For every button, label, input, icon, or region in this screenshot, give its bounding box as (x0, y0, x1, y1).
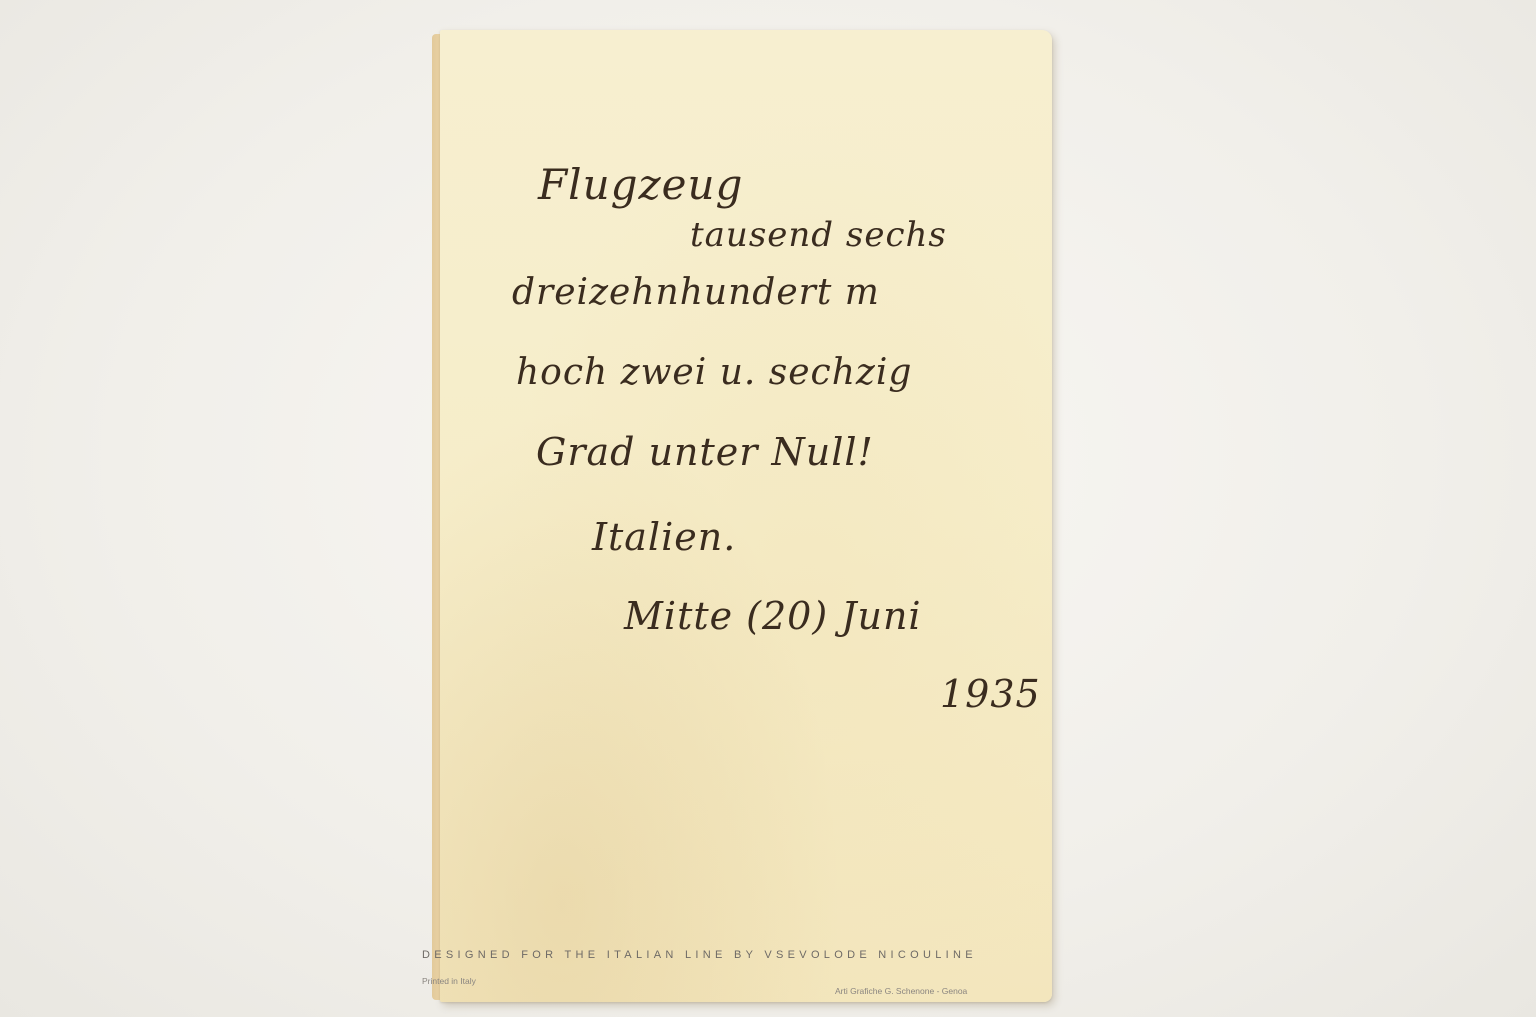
designer-credit: DESIGNED FOR THE ITALIAN LINE BY VSEVOLO… (422, 949, 1032, 961)
handwritten-line-7: Mitte (20) Juni (624, 594, 922, 638)
handwritten-line-3: dreizehnhundert m (512, 272, 880, 313)
printer-credit: Arti Grafiche G. Schenone - Genoa (835, 986, 967, 996)
handwritten-line-1: Flugzeug (538, 160, 743, 209)
printed-in-label: Printed in Italy (422, 976, 476, 986)
handwritten-line-4: hoch zwei u. sechzig (516, 352, 912, 393)
handwritten-line-8: 1935 (940, 672, 1041, 716)
handwritten-line-6: Italien. (592, 515, 736, 559)
handwritten-line-5: Grad unter Null! (536, 430, 874, 474)
handwritten-line-2: tausend sechs (690, 215, 947, 255)
document-page (440, 30, 1052, 1002)
